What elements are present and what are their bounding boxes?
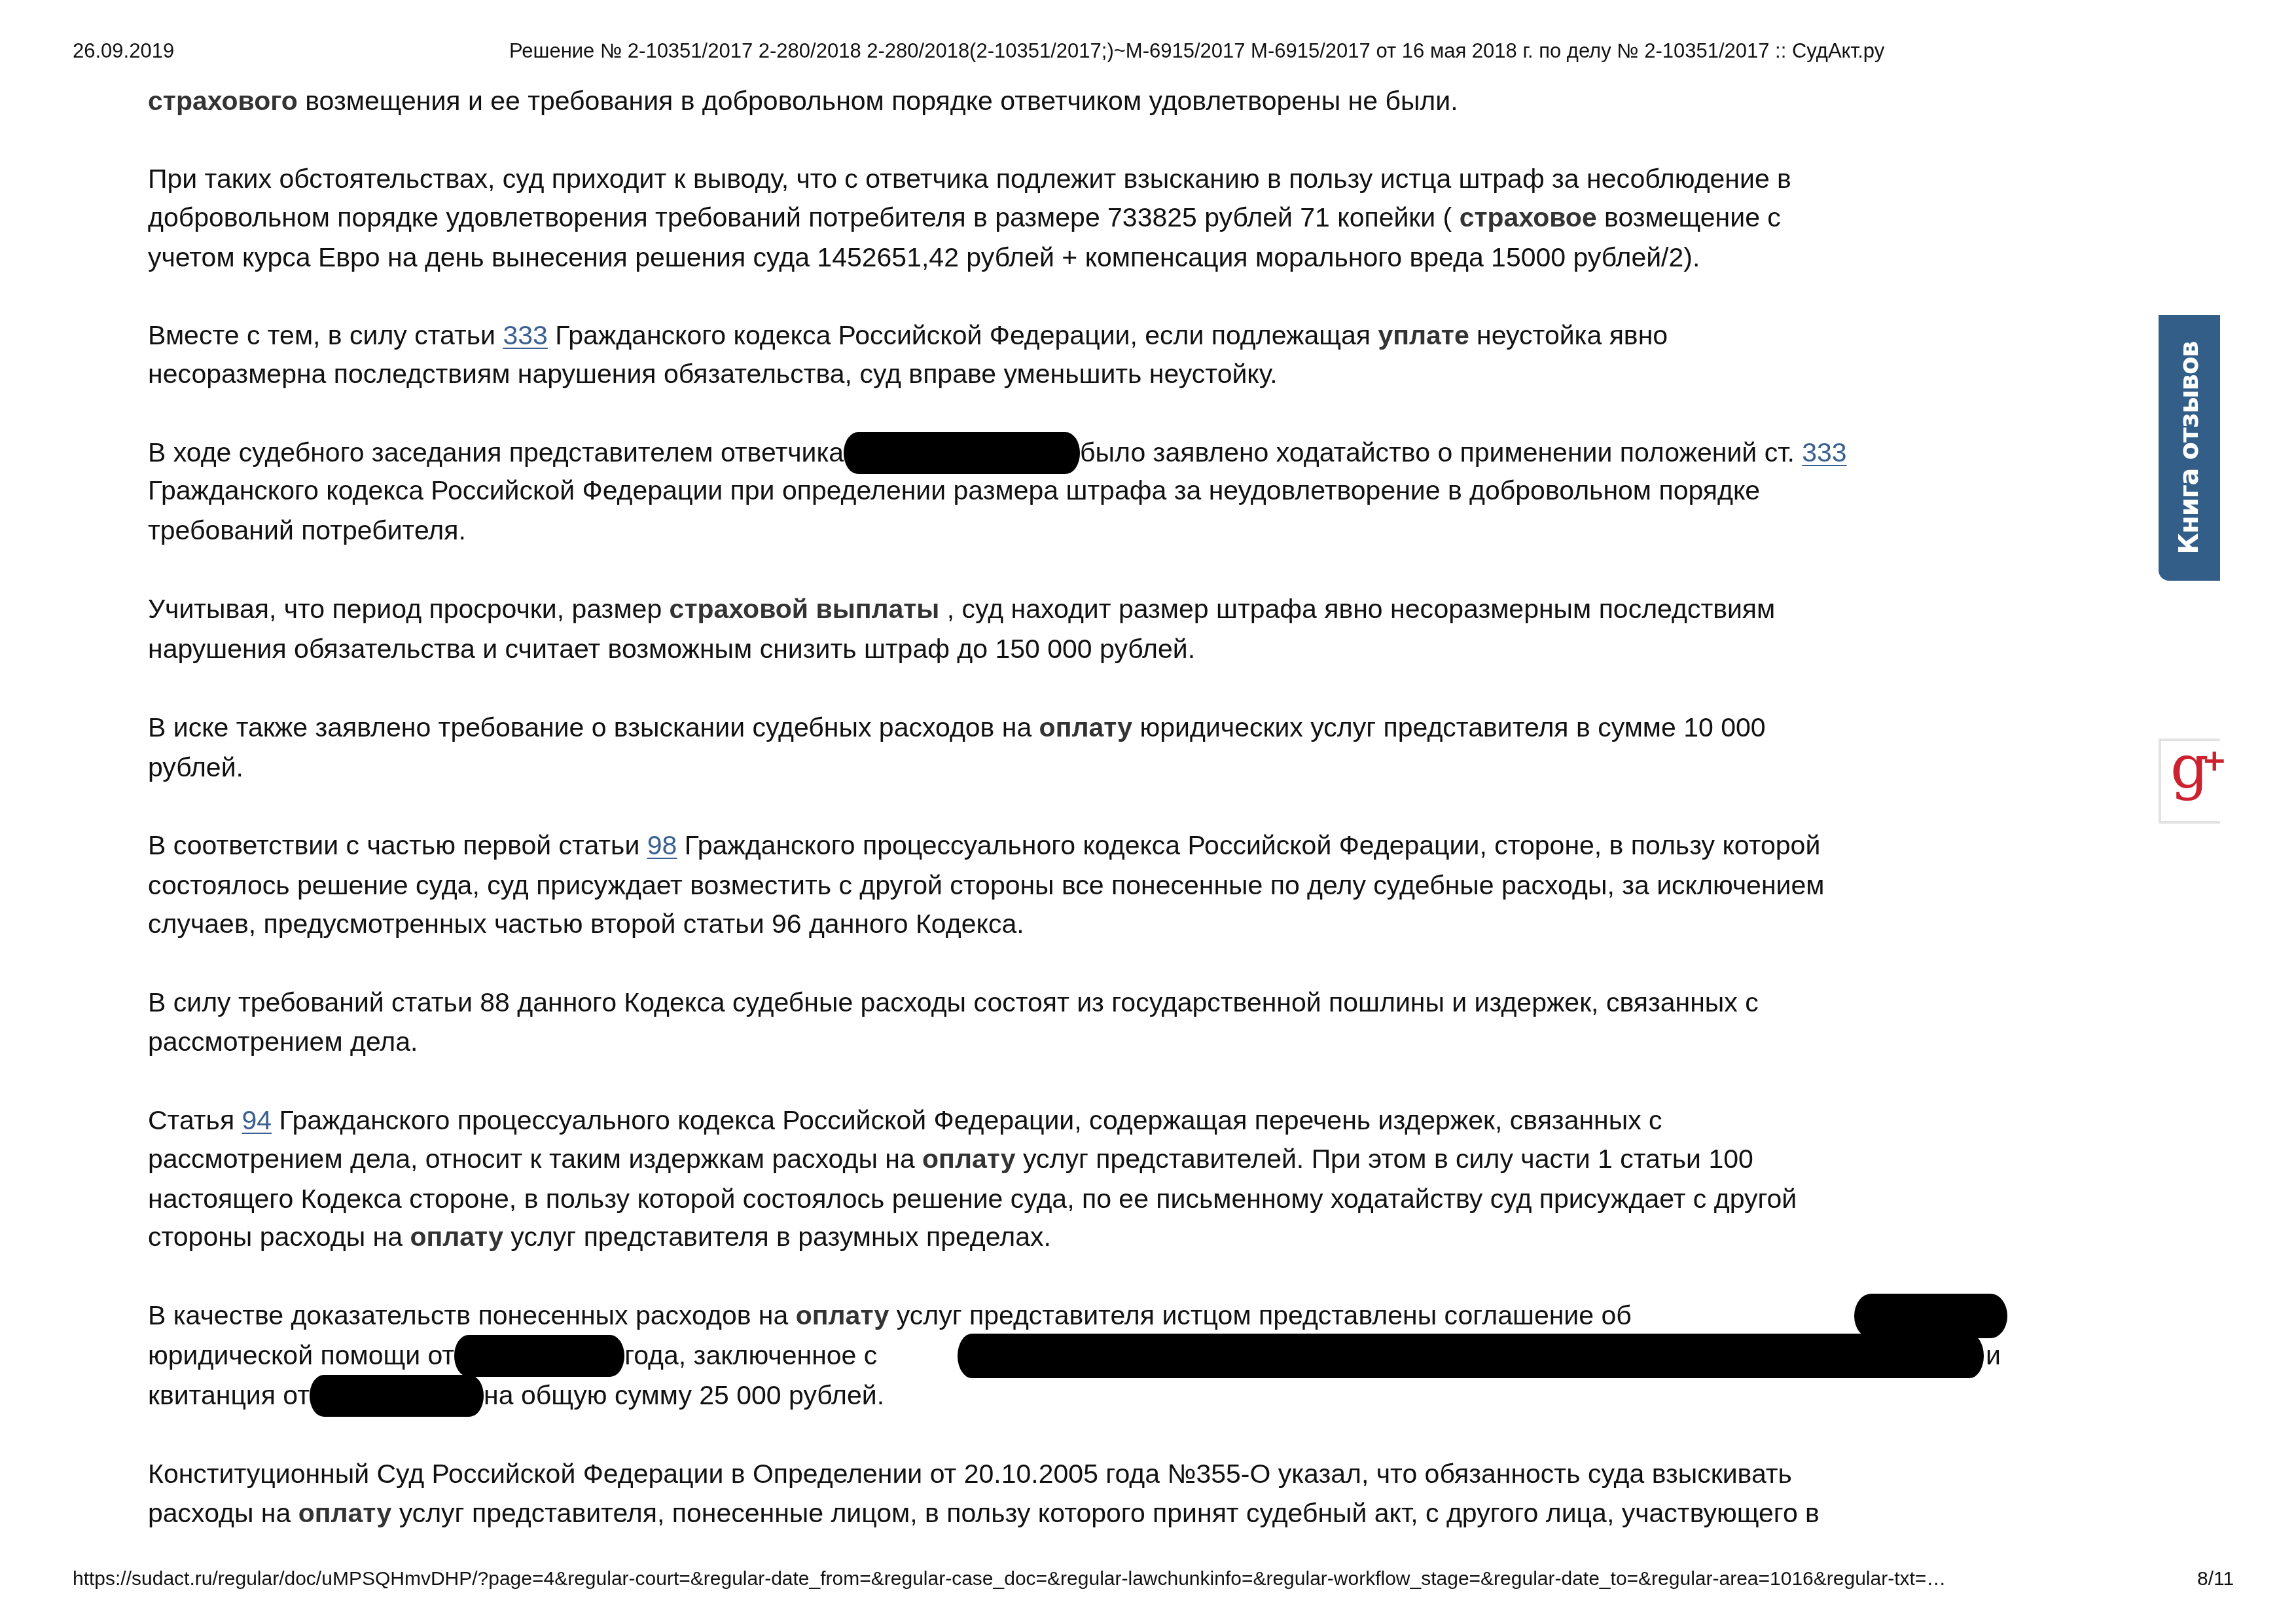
text: Гражданского процессуального кодекса Рос… — [677, 830, 1820, 860]
print-page-number: 8/11 — [2197, 1568, 2234, 1590]
paragraph-line: Статья 94 Гражданского процессуального к… — [148, 1101, 1662, 1140]
text: юридических услуг представителя в сумме … — [1132, 712, 1765, 742]
text: , суд находит размер штрафа явно несораз… — [939, 594, 1775, 624]
highlight-term: страховое — [1460, 202, 1597, 232]
paragraph-line: рассмотрением дела, относит к таким изде… — [148, 1139, 1753, 1178]
redaction-box — [454, 1335, 624, 1377]
paragraph-line: В соответствии с частью первой статьи 98… — [148, 826, 1820, 865]
redaction-box — [310, 1375, 484, 1417]
paragraph-line: и — [1986, 1336, 2001, 1375]
paragraph-line: добровольном порядке удовлетворения треб… — [148, 198, 1781, 237]
redaction-box — [958, 1334, 1984, 1378]
google-plus-button[interactable]: g + — [2159, 739, 2220, 824]
paragraph-line: учетом курса Евро на день вынесения реше… — [148, 238, 1700, 277]
paragraph-line: В силу требований статьи 88 данного Коде… — [148, 983, 1759, 1022]
feedback-book-tab[interactable]: Книга отзывов — [2159, 315, 2220, 581]
text: услуг представителя, понесенные лицом, в… — [391, 1498, 1820, 1528]
text: было заявлено ходатайство о применении п… — [1080, 437, 1802, 467]
highlight-term: оплату — [410, 1222, 503, 1252]
paragraph-line: юридической помощи отгода, заключенное с — [148, 1336, 877, 1375]
print-date: 26.09.2019 — [73, 39, 174, 63]
paragraph-line: состоялось решение суда, суд присуждает … — [148, 866, 1824, 905]
text: возмещения и ее требования в добровольно… — [298, 86, 1458, 116]
text: услуг представителей. При этом в силу ча… — [1016, 1144, 1753, 1174]
highlight-term: уплате — [1378, 320, 1469, 350]
paragraph-line: При таких обстоятельствах, суд приходит … — [148, 159, 1791, 198]
text: услуг представителя истцом представлены … — [889, 1300, 1631, 1330]
article-333-link[interactable]: 333 — [503, 320, 547, 350]
text: В соответствии с частью первой статьи — [148, 830, 647, 860]
redaction-box — [844, 432, 1080, 474]
highlight-term: страховой выплаты — [670, 594, 940, 624]
paragraph-line: несоразмерна последствиям нарушения обяз… — [148, 354, 1278, 393]
text: добровольном порядке удовлетворения треб… — [148, 202, 1460, 232]
text: Гражданского кодекса Российской Федераци… — [548, 320, 1378, 350]
text: возмещение с — [1597, 202, 1781, 232]
article-98-link[interactable]: 98 — [647, 830, 677, 860]
text: расходы на — [148, 1498, 298, 1528]
paragraph-line: Гражданского кодекса Российской Федераци… — [148, 471, 1760, 510]
paragraph-line: настоящего Кодекса стороне, в пользу кот… — [148, 1179, 1797, 1218]
highlight-term: оплату — [1039, 712, 1133, 742]
redaction-box — [1854, 1294, 2007, 1338]
text: квитанция от — [148, 1380, 310, 1410]
print-url: https://sudact.ru/regular/doc/uMPSQHmvDH… — [73, 1568, 1946, 1590]
paragraph-line: квитанция отна общую сумму 25 000 рублей… — [148, 1376, 884, 1415]
paragraph-line: требований потребителя. — [148, 511, 466, 550]
text: В качестве доказательств понесенных расх… — [148, 1300, 796, 1330]
paragraph-line: расходы на оплату услуг представителя, п… — [148, 1493, 1820, 1533]
text: стороны расходы на — [148, 1222, 410, 1252]
text: на общую сумму 25 000 рублей. — [484, 1380, 884, 1410]
text: В иске также заявлено требование о взыск… — [148, 712, 1039, 742]
article-94-link[interactable]: 94 — [242, 1105, 272, 1135]
text: Статья — [148, 1105, 242, 1135]
paragraph-line: В ходе судебного заседания представителе… — [148, 433, 1847, 472]
text: рассмотрением дела, относит к таким изде… — [148, 1144, 922, 1174]
feedback-book-label: Книга отзывов — [2174, 341, 2204, 554]
paragraph-line: Вместе с тем, в силу статьи 333 Гражданс… — [148, 316, 1668, 355]
paragraph-line: стороны расходы на оплату услуг представ… — [148, 1217, 1051, 1256]
paragraph-line: В качестве доказательств понесенных расх… — [148, 1296, 1632, 1335]
paragraph-line: Учитывая, что период просрочки, размер с… — [148, 589, 1775, 629]
highlight-term: оплату — [298, 1498, 392, 1528]
text: года, заключенное с — [624, 1340, 877, 1370]
text: неустойка явно — [1469, 320, 1668, 350]
paragraph-line: нарушения обязательства и считает возмож… — [148, 629, 1195, 668]
text: юридической помощи от — [148, 1340, 454, 1370]
highlight-term: страхового — [148, 86, 298, 116]
text: Учитывая, что период просрочки, размер — [148, 594, 670, 624]
plus-glyph: + — [2202, 742, 2227, 778]
paragraph-line: рублей. — [148, 748, 243, 787]
text: Вместе с тем, в силу статьи — [148, 320, 503, 350]
text: услуг представителя в разумных пределах. — [503, 1222, 1051, 1252]
article-333-link[interactable]: 333 — [1802, 437, 1846, 467]
paragraph-line: В иске также заявлено требование о взыск… — [148, 708, 1766, 747]
paragraph-line: страхового возмещения и ее требования в … — [148, 81, 1458, 120]
paragraph-line: случаев, предусмотренных частью второй с… — [148, 904, 1024, 943]
print-page-title: Решение № 2-10351/2017 2-280/2018 2-280/… — [509, 39, 1884, 63]
text: Гражданского процессуального кодекса Рос… — [272, 1105, 1662, 1135]
paragraph-line: рассмотрением дела. — [148, 1022, 418, 1061]
text: В ходе судебного заседания представителе… — [148, 437, 844, 467]
paragraph-line: Конституционный Суд Российской Федерации… — [148, 1454, 1792, 1493]
highlight-term: оплату — [922, 1144, 1016, 1174]
highlight-term: оплату — [796, 1300, 889, 1330]
